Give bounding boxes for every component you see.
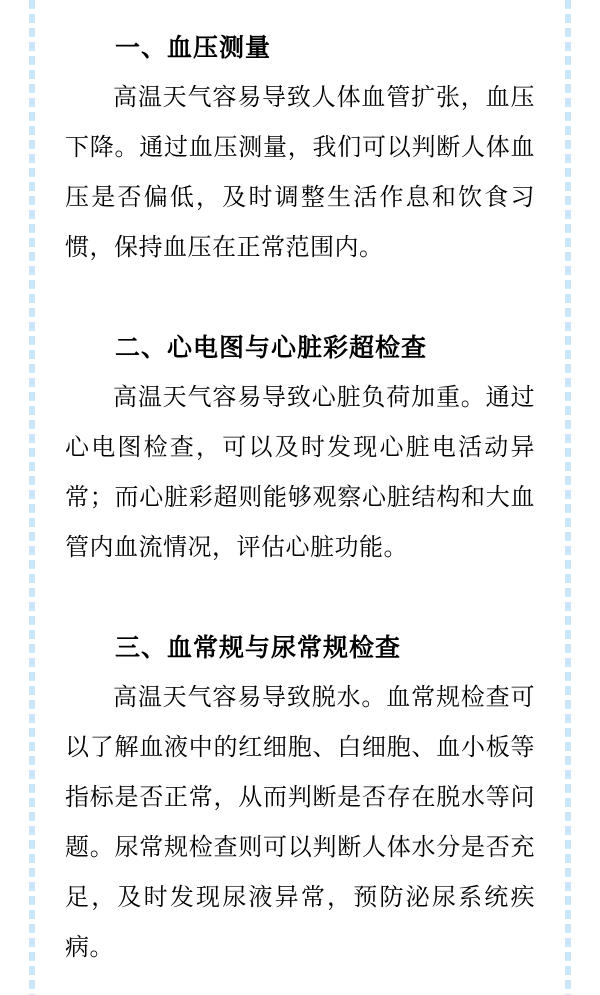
section-paragraph-blood-pressure: 高温天气容易导致人体血管扩张，血压下降。通过血压测量，我们可以判断人体血压是否偏… bbox=[65, 73, 535, 273]
left-dashed-border bbox=[29, 0, 35, 995]
section-paragraph-ecg-ultrasound: 高温天气容易导致心脏负荷加重。通过心电图检查，可以及时发现心脏电活动异常；而心脏… bbox=[65, 373, 535, 573]
right-dashed-border bbox=[565, 0, 571, 995]
section-heading-blood-pressure: 一、血压测量 bbox=[65, 23, 535, 73]
section-paragraph-blood-urine-routine: 高温天气容易导致脱水。血常规检查可以了解血液中的红细胞、白细胞、血小板等指标是否… bbox=[65, 673, 535, 973]
article-section-3: 三、血常规与尿常规检查 高温天气容易导致脱水。血常规检查可以了解血液中的红细胞、… bbox=[65, 623, 535, 973]
section-heading-ecg-ultrasound: 二、心电图与心脏彩超检查 bbox=[65, 323, 535, 373]
article-section-2: 二、心电图与心脏彩超检查 高温天气容易导致心脏负荷加重。通过心电图检查，可以及时… bbox=[65, 323, 535, 573]
section-heading-blood-urine-routine: 三、血常规与尿常规检查 bbox=[65, 623, 535, 673]
article-section-1: 一、血压测量 高温天气容易导致人体血管扩张，血压下降。通过血压测量，我们可以判断… bbox=[65, 23, 535, 273]
article-content: 一、血压测量 高温天气容易导致人体血管扩张，血压下降。通过血压测量，我们可以判断… bbox=[65, 23, 535, 973]
